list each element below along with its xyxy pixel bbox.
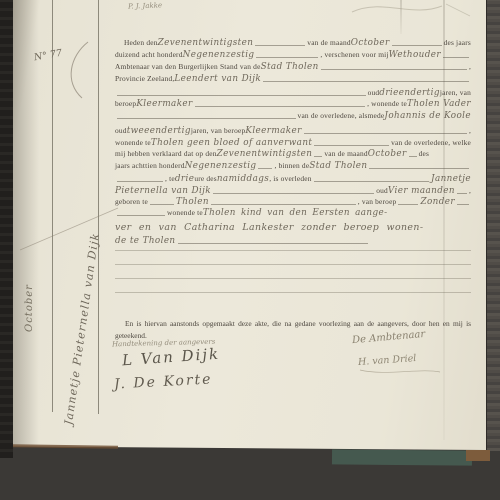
handwritten-text: Johannis de Koole (384, 111, 471, 121)
handwritten-text: Kleermaker (245, 126, 301, 136)
handwritten-text: Zevenentwintigsten (217, 149, 313, 159)
printed-text: des jaars (444, 38, 471, 47)
printed-text: mij hebben verklaard dat op den (115, 149, 217, 158)
handwritten-text: Tholen Vader (407, 99, 471, 109)
form-line-8: oud tweeendertig jaren, van beroep Kleer… (115, 126, 471, 136)
handwritten-text: Tholen geen bloed of aanverwant (151, 138, 312, 148)
printed-text: ure des (194, 174, 217, 183)
form-line-3: Ambtenaar van den Burgerlijken Stand van… (115, 62, 471, 72)
handwritten-text: Negenenzestig (183, 50, 255, 60)
printed-text: , verschenen voor mij (320, 50, 388, 59)
handwritten-text: October (351, 38, 390, 48)
handwritten-text: tweeendertig (127, 126, 191, 136)
handwritten-text: drieendertig (379, 88, 440, 98)
form-line-11: jaars achttien honderd Negenenzestig , b… (115, 161, 471, 171)
form-line-1: Heden den Zevenentwintigsten van de maan… (115, 38, 471, 48)
scanned-death-record: P. J. Jakke N° 77 October Jannetje Piete… (0, 0, 500, 500)
printed-text: , (469, 186, 471, 195)
form-line-5: oud drieendertig jaren, van (115, 88, 471, 98)
printed-text: Provincie Zeeland, (115, 74, 174, 83)
printed-text: van de overledene, welke (391, 138, 471, 147)
blank-line (255, 44, 305, 46)
printed-text: van de maand (324, 149, 367, 158)
printed-text: oud (115, 126, 127, 135)
form-line-14: geboren te Tholen , van beroep Zonder (115, 197, 471, 207)
handwritten-text: namiddags (217, 174, 269, 184)
handwritten-text: Leendert van Dijk (174, 74, 261, 84)
printed-text: des (419, 149, 429, 158)
blank-line (178, 242, 368, 244)
handwritten-text: Negenenzestig (185, 161, 257, 171)
handwritten-text: drie (175, 174, 194, 184)
form-line-10: mij hebben verklaard dat op den Zevenent… (115, 149, 471, 159)
printed-text: wonende te (115, 138, 151, 147)
blank-line (392, 44, 442, 46)
blank-line (150, 203, 174, 205)
previous-act-fragment: P. J. Jakke (128, 1, 162, 10)
blank-line (263, 80, 469, 82)
form-line-13: Pieternella van Dijk oud Vier maanden , (115, 186, 471, 196)
blank-rule (115, 292, 471, 293)
blank-line (457, 203, 469, 205)
handwritten-text: Stad Tholen (309, 161, 367, 171)
handwritten-text: Kleermaker (136, 99, 192, 109)
printed-text: oud (376, 186, 388, 195)
printed-text: , (469, 126, 471, 135)
blank-line (398, 203, 418, 205)
blank-line (256, 56, 318, 58)
printed-text: , van beroep (358, 197, 397, 206)
form-line-7: van de overledene, alsmede Johannis de K… (115, 111, 471, 121)
blank-line (369, 167, 469, 169)
printed-text: Ambtenaar van den Burgerlijken Stand van… (115, 62, 261, 71)
blank-line (258, 167, 272, 169)
blank-line (117, 214, 165, 216)
printed-text: , wonende te (367, 99, 407, 108)
printed-text: jaars achttien honderd (115, 161, 185, 170)
form-line-6: beroep Kleermaker , wonende te Tholen Va… (115, 99, 471, 109)
blank-line (409, 155, 417, 157)
handwritten-text: de te Tholen (115, 236, 176, 246)
blank-rule (115, 278, 471, 279)
printed-text: van de overledene, alsmede (298, 111, 385, 120)
blank-line (195, 105, 365, 107)
blank-line (213, 192, 374, 194)
blank-line (117, 117, 296, 119)
margin-month-vertical: October (24, 212, 35, 332)
printed-text: , (469, 62, 471, 71)
printed-text: beroep (115, 99, 136, 108)
form-line-16: ver en van Catharina Lankester zonder be… (115, 222, 471, 233)
handwritten-text: October (368, 149, 407, 159)
printed-text: , binnen de (274, 161, 309, 170)
printed-text: wonende te (167, 208, 203, 217)
blank-line (117, 94, 366, 96)
blank-line (304, 132, 467, 134)
handwritten-text: Pieternella van Dijk (115, 186, 211, 196)
handwritten-text: Vier maanden (388, 186, 455, 196)
form-line-17: de te Tholen (115, 236, 471, 246)
handwritten-text: Stad Tholen (261, 62, 319, 72)
blank-line (314, 155, 322, 157)
printed-text: , te (165, 174, 175, 183)
form-line-12: , te drie ure des namiddags , is overled… (115, 174, 471, 184)
blank-line (211, 203, 356, 205)
form-line-15: wonende te Tholen kind van den Eersten a… (115, 208, 471, 218)
blank-rule (115, 250, 471, 251)
printed-text: , is overleden (269, 174, 311, 183)
printed-text: Heden den (115, 38, 158, 47)
printed-text: jaren, van beroep (191, 126, 246, 135)
form-line-9: wonende te Tholen geen bloed of aanverwa… (115, 138, 471, 148)
printed-text: duizend acht honderd (115, 50, 183, 59)
handwritten-text: Wethouder (389, 50, 441, 60)
handwritten-text: Zevenentwintigsten (158, 38, 254, 48)
handwritten-text: Tholen kind van den Eersten aange- (203, 208, 388, 218)
blank-line (314, 180, 429, 182)
blank-line (321, 68, 467, 70)
handwritten-text: Zonder (420, 197, 455, 207)
printed-text: oud (368, 88, 380, 97)
printed-text: jaren, van (440, 88, 471, 97)
blank-line (443, 56, 469, 58)
printed-text: van de maand (307, 38, 350, 47)
form-line-4: Provincie Zeeland, Leendert van Dijk (115, 74, 471, 84)
printed-text: geboren te (115, 197, 148, 206)
blank-line (314, 144, 389, 146)
blank-line (457, 192, 467, 194)
form-line-2: duizend acht honderd Negenenzestig , ver… (115, 50, 471, 60)
blank-line (117, 180, 163, 182)
blank-rule (115, 264, 471, 265)
handwritten-text: ver en van Catharina Lankester zonder be… (115, 222, 423, 233)
handwritten-text: Tholen (176, 197, 209, 207)
handwritten-text: Jannetje (431, 174, 471, 184)
